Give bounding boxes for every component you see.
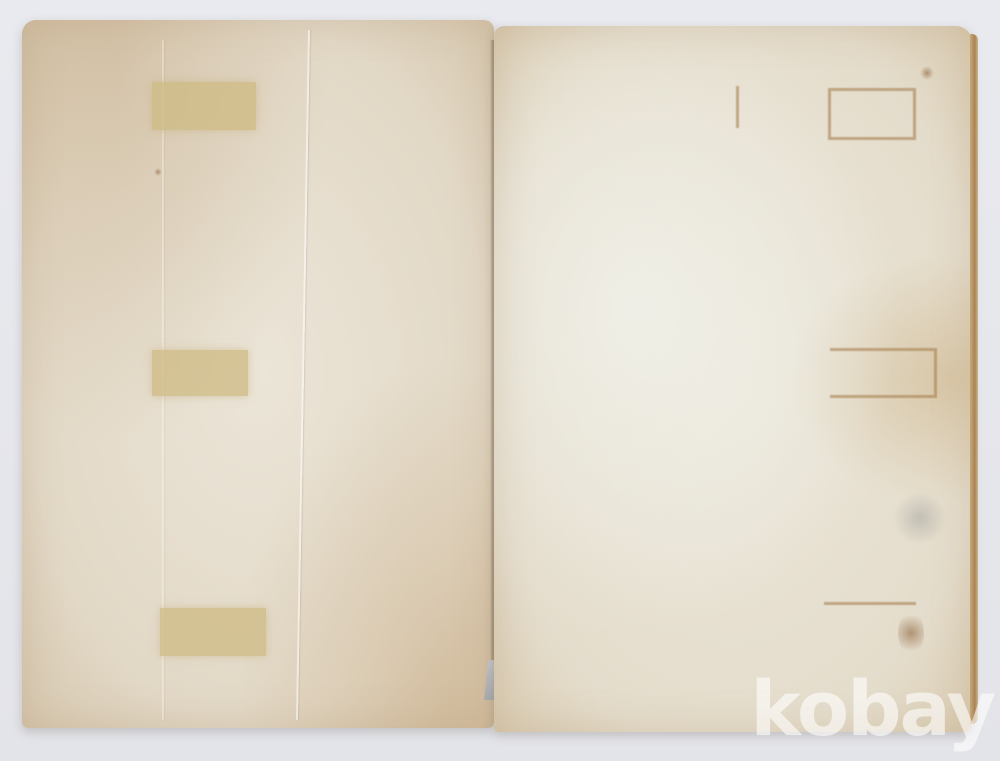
photo-scene: kobay bbox=[0, 0, 1000, 761]
tape-patch bbox=[152, 350, 248, 396]
stain bbox=[154, 168, 162, 176]
tape-patch bbox=[152, 82, 256, 130]
page-crease bbox=[296, 30, 310, 720]
right-page bbox=[494, 26, 972, 732]
stain bbox=[898, 610, 924, 656]
left-page bbox=[22, 20, 494, 728]
tape-outline-mark bbox=[824, 602, 916, 605]
tape-outline-mark bbox=[736, 86, 765, 128]
tape-outline-mark bbox=[828, 88, 916, 140]
stain bbox=[920, 66, 934, 80]
watermark: kobay bbox=[750, 664, 994, 753]
grey-stain bbox=[892, 492, 948, 544]
page-edge bbox=[970, 34, 978, 724]
tape-patch bbox=[160, 608, 266, 656]
tape-outline-mark bbox=[830, 348, 937, 398]
